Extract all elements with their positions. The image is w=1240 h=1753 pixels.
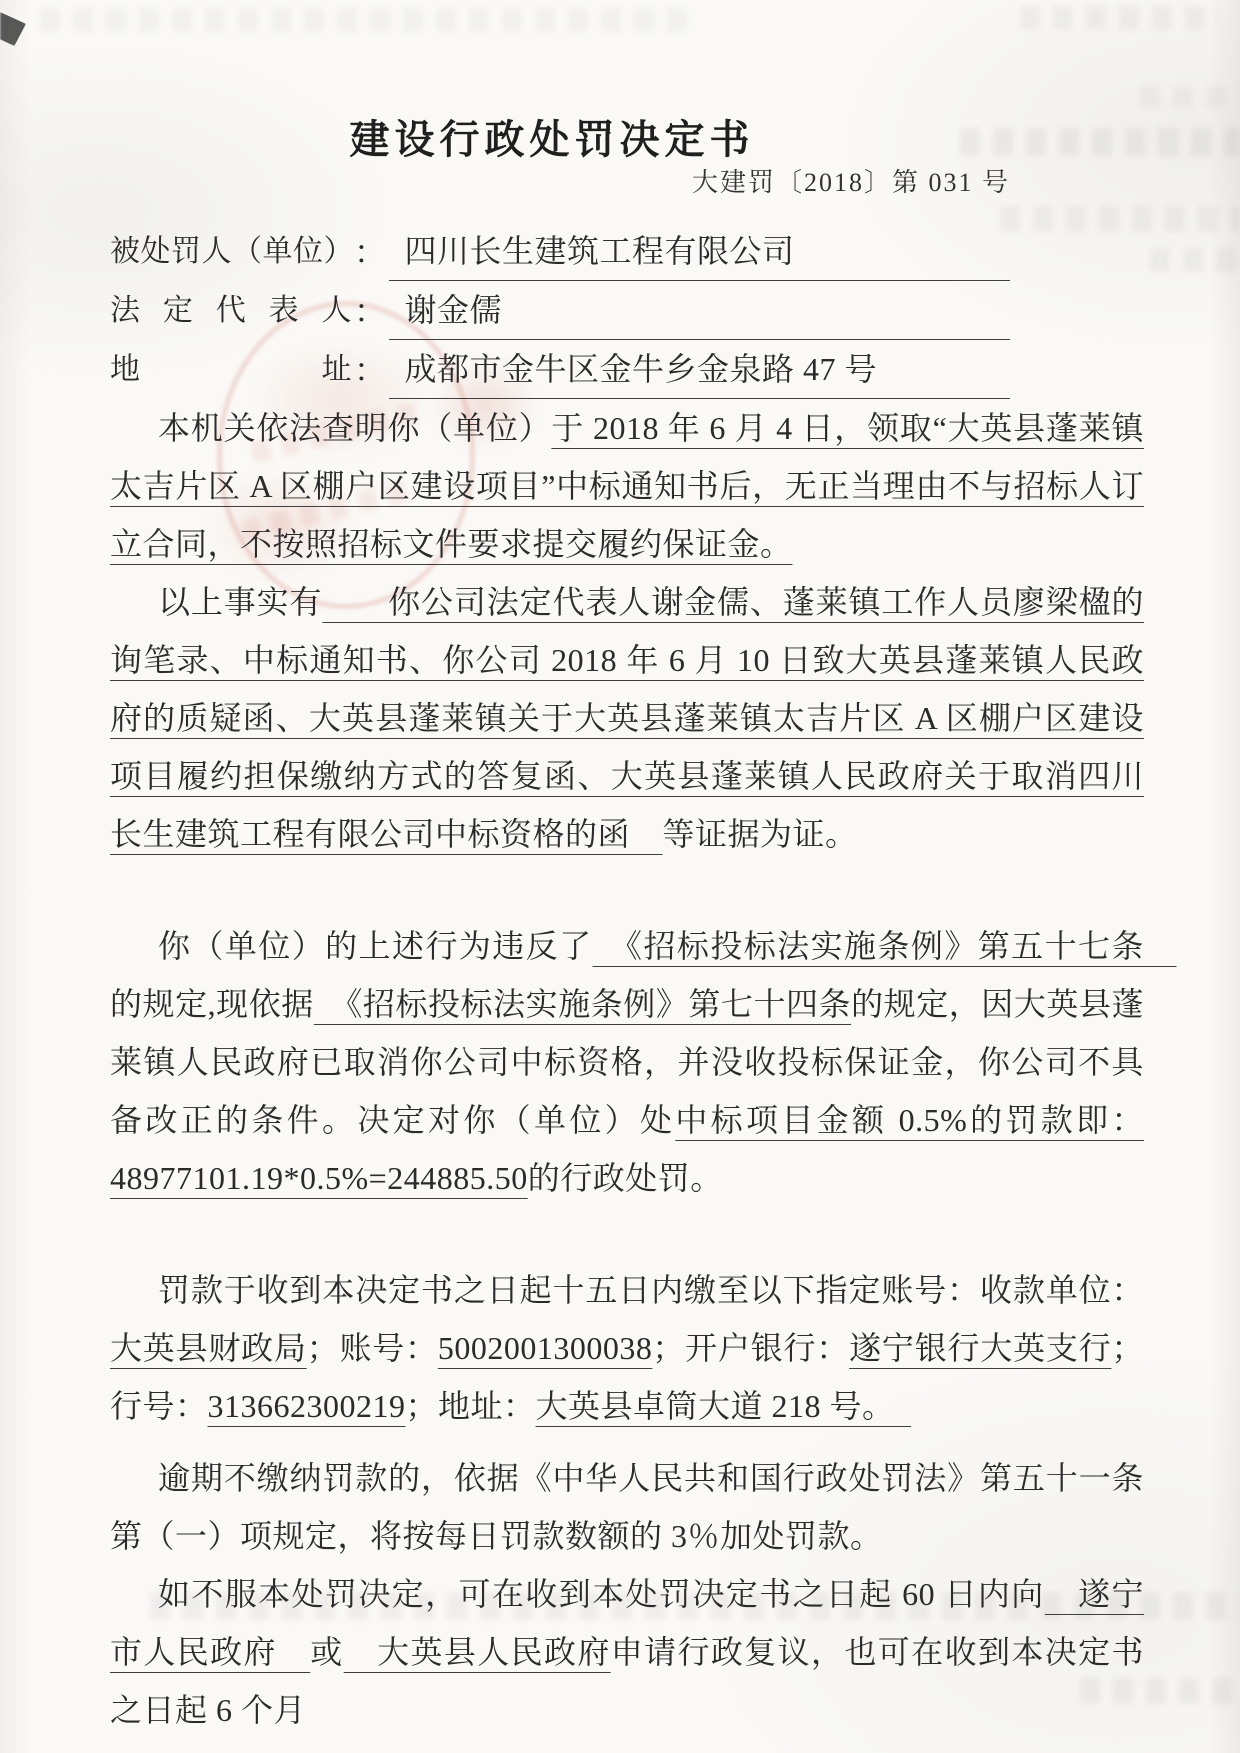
template-text: 以上事实有 <box>158 584 322 620</box>
filled-in-text: 遂宁银行大英支行 <box>849 1330 1111 1366</box>
bleedthrough-artifact <box>40 8 700 32</box>
bleedthrough-artifact <box>1140 86 1240 108</box>
field-value: 四川长生建筑工程有限公司 <box>389 222 1010 281</box>
paragraph-4: 逾期不缴纳罚款的，依据《中华人民共和国行政处罚法》第五十一条第（一）项规定，将按… <box>110 1449 1144 1565</box>
paragraph-2: 你（单位）的上述行为违反了 《招标投标法实施条例》第五十七条 的规定,现依据 《… <box>110 917 1144 1207</box>
template-text: ；账号： <box>307 1330 438 1366</box>
field-colon: ： <box>352 341 389 399</box>
filled-in-text: 大英县人民政府 <box>344 1634 611 1670</box>
bleedthrough-artifact <box>1150 248 1240 272</box>
field-row-0: 被处罚人（单位）：四川长生建筑工程有限公司 <box>110 222 1010 281</box>
template-text: ；开户银行： <box>652 1330 849 1366</box>
document-body: 被处罚人（单位）：四川长生建筑工程有限公司法定代表人：谢金儒地址：成都市金牛区金… <box>110 222 1144 1739</box>
template-text: 你（单位）的上述行为违反了 <box>158 928 593 964</box>
paragraph-5: 如不服本处罚决定，可在收到本处罚决定书之日起 60 日内向 遂宁市人民政府 或 … <box>110 1565 1144 1739</box>
template-text: 或 <box>310 1634 343 1670</box>
paragraph-1: 以上事实有 你公司法定代表人谢金儒、蓬莱镇工作人员廖梁楹的询笔录、中标通知书、你… <box>110 573 1144 863</box>
paragraph-3: 罚款于收到本决定书之日起十五日内缴至以下指定账号：收款单位：大英县财政局；账号：… <box>110 1261 1144 1435</box>
field-label: 地址 <box>110 341 352 399</box>
field-label: 被处罚人（单位） <box>110 223 352 281</box>
field-row-2: 地址：成都市金牛区金牛乡金泉路 47 号 <box>110 340 1010 399</box>
template-text: 的规定,现依据 <box>110 986 314 1022</box>
decision-paragraphs: 本机关依法查明你（单位）于 2018 年 6 月 4 日，领取“大英县蓬莱镇太吉… <box>110 399 1144 1739</box>
filled-in-text: 《招标投标法实施条例》第七十四条 <box>314 986 851 1022</box>
field-colon: ： <box>352 223 389 281</box>
template-text: 逾期不缴纳罚款的，依据《中华人民共和国行政处罚法》第五十一条第（一）项规定，将按… <box>110 1460 1144 1554</box>
document-number: 大建罚〔2018〕第 031 号 <box>692 162 1010 199</box>
field-label: 法定代表人 <box>110 282 352 340</box>
template-text: 罚款于收到本决定书之日起十五日内缴至以下指定账号：收款单位： <box>158 1272 1144 1308</box>
filled-in-text: 你公司法定代表人谢金儒、蓬莱镇工作人员廖梁楹的询笔录、中标通知书、你公司 201… <box>110 584 1144 852</box>
recipient-fields: 被处罚人（单位）：四川长生建筑工程有限公司法定代表人：谢金儒地址：成都市金牛区金… <box>110 222 1144 399</box>
filled-in-text: 大英县卓筒大道 218 号。 <box>536 1388 912 1424</box>
bleedthrough-artifact <box>1020 6 1220 30</box>
scan-corner-artifact <box>0 12 26 46</box>
field-value: 谢金儒 <box>389 281 1010 340</box>
filled-in-text: 大英县财政局 <box>110 1330 307 1366</box>
field-colon: ： <box>352 282 389 340</box>
filled-in-text: 313662300219 <box>208 1388 406 1424</box>
paragraph-0: 本机关依法查明你（单位）于 2018 年 6 月 4 日，领取“大英县蓬莱镇太吉… <box>110 399 1144 573</box>
template-text: ；地址： <box>406 1388 536 1424</box>
filled-in-text: 《招标投标法实施条例》第五十七条 <box>593 928 1177 964</box>
field-row-1: 法定代表人：谢金儒 <box>110 281 1010 340</box>
document-title: 建设行政处罚决定书 <box>0 108 1104 165</box>
template-text: 本机关依法查明你（单位） <box>158 410 551 446</box>
scanned-document-page: 建设行政处罚决定书 大建罚〔2018〕第 031 号 被处罚人（单位）：四川长生… <box>0 0 1240 1753</box>
field-value: 成都市金牛区金牛乡金泉路 47 号 <box>389 340 1010 399</box>
filled-in-text: 5002001300038 <box>438 1330 653 1366</box>
template-text: 如不服本处罚决定，可在收到本处罚决定书之日起 60 日内向 <box>158 1576 1045 1612</box>
template-text: 等证据为证。 <box>663 816 858 852</box>
template-text: 的行政处罚。 <box>528 1160 723 1196</box>
